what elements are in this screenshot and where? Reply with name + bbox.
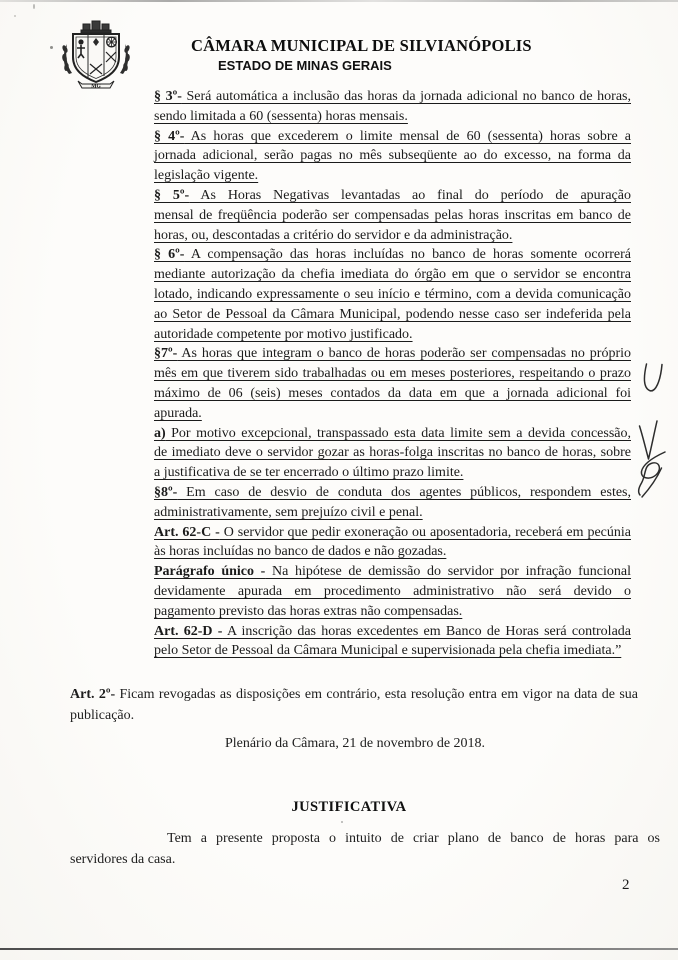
handwritten-scribble-stroke [642,468,662,497]
quoted-line: sendo limitada a 60 (sessenta) horas men… [154,107,631,127]
body-line: Tem a presente proposta o intuito de cri… [70,828,660,849]
quoted-line: jornada adicional, serão pagas no mês su… [154,146,631,166]
quoted-line: apurada. [154,404,631,424]
quoted-line: Art. 62-D - A inscrição das horas excede… [154,622,631,642]
quoted-line: pelo Setor de Pessoal da Câmara Municipa… [154,641,631,661]
body-line: Art. 2º- Ficam revogadas as disposições … [70,684,638,705]
body-line: publicação. [70,705,638,726]
quoted-line: autoridade competente por motivo justifi… [154,325,631,345]
body-line: servidores da casa. [70,849,660,870]
dateline: Plenário da Câmara, 21 de novembro de 20… [70,736,640,752]
quoted-line: § 6º- A compensação das horas incluídas … [154,245,631,265]
quoted-line: devidamente apurada em procedimento admi… [154,582,631,602]
quoted-line: mês em que tiverem sido trabalhadas ou e… [154,364,631,384]
quoted-line: ao Setor de Pessoal da Câmara Municipal,… [154,305,631,325]
quoted-line: § 3º- Será automática a inclusão das hor… [154,87,631,107]
quoted-line: Art. 62-C - O servidor que pedir exonera… [154,523,631,543]
justification-paragraph: Tem a presente proposta o intuito de cri… [70,828,660,870]
quoted-line: de imediato deve o servidor gozar as hor… [154,443,631,463]
paper-speck [14,15,16,17]
handwritten-scribble [639,452,665,495]
quoted-line: administrativamente, sem prejuízo civil … [154,503,631,523]
quoted-line: mensal de freqüência poderão ser compens… [154,206,631,226]
page-subtitle: ESTADO DE MINAS GERAIS [218,58,392,73]
paper-speck [341,821,343,823]
handwritten-u-check-mark [644,364,662,391]
justificativa-heading: JUSTIFICATIVA [70,799,628,816]
quoted-line: §7º- As horas que integram o banco de ho… [154,344,631,364]
quoted-line: §8º- Em caso de desvio de conduta dos ag… [154,483,631,503]
quoted-line: a) Por motivo excepcional, transpassado … [154,424,631,444]
article-2-paragraph: Art. 2º- Ficam revogadas as disposições … [70,684,638,726]
page-title: CÂMARA MUNICIPAL DE SILVIANÓPOLIS [191,36,532,56]
quoted-line: a justificativa de se ter encerrado o úl… [154,463,631,483]
page-number: 2 [622,877,630,894]
quoted-line: lotado, indicando expressamente o seu in… [154,285,631,305]
logo-banner-text: MG [91,84,101,90]
scan-top-edge-artifact [0,0,678,2]
quoted-line: mediante autorização da chefia imediata … [154,265,631,285]
paper-speck [50,46,53,49]
quoted-line: legislação vigente. [154,166,631,186]
paper-speck [33,4,35,9]
quoted-legal-text: § 3º- Será automática a inclusão das hor… [154,87,631,661]
quoted-line: § 5º- As Horas Negativas levantadas ao f… [154,186,631,206]
quoted-line: às horas incluídas no banco de dados e n… [154,542,631,562]
quoted-line: Parágrafo único - Na hipótese de demissã… [154,562,631,582]
handwritten-v-check-mark [640,421,658,459]
municipal-coat-of-arms-icon: MG [56,18,136,92]
quoted-line: § 4º- As horas que excederem o limite me… [154,127,631,147]
quoted-line: máximo de 06 (seis) meses contados da da… [154,384,631,404]
quoted-line: pagamento previsto das horas extras não … [154,602,631,622]
quoted-line: horas, ou, descontadas a critério do ser… [154,226,631,246]
scanned-document-page: MG CÂMARA MUNICIPAL DE SILVIANÓPOLIS EST… [0,0,678,960]
scan-bottom-edge-line [0,948,678,950]
